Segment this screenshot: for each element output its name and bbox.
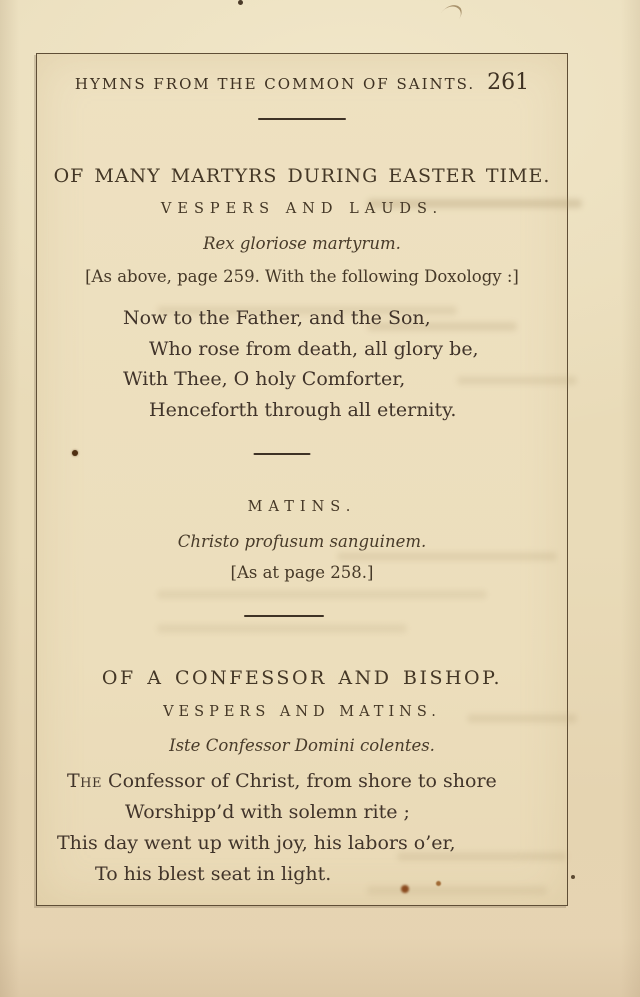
paper-speck [238,0,243,5]
section-divider [258,118,346,120]
verse-line: Henceforth through all eternity. [149,395,567,426]
verse-line: The Confessor of Christ, from shore to s… [67,766,567,797]
bleedthrough-ghost [337,552,557,561]
section2-rubric: [As at page 258.] [37,563,567,582]
running-header-title: HYMNS FROM THE COMMON OF SAINTS. [75,75,475,93]
section1-latin-incipit: Rex gloriose martyrum. [37,234,567,253]
section3-latin-incipit: Iste Confessor Domini colentes. [37,736,567,755]
verse-line: Who rose from death, all glory be, [149,334,567,365]
bleedthrough-ghost [157,624,407,633]
section3-title: OF A CONFESSOR AND BISHOP. [37,667,567,689]
section-divider [244,615,324,617]
verse-line: With Thee, O holy Comforter, [123,364,567,395]
paper-speck [571,875,575,879]
section1-title: OF MANY MARTYRS DURING EASTER TIME. [37,165,567,187]
section1-verse: Now to the Father, and the Son, Who rose… [37,303,567,425]
verse-line: This day went up with joy, his labors o’… [57,828,567,859]
section3-subtitle: VESPERS AND MATINS. [37,704,567,720]
verse-line: Worshipp’d with solemn rite ; [125,797,567,828]
section3-verse: The Confessor of Christ, from shore to s… [37,766,567,890]
book-page-scan: { "header": { "title": "HYMNS FROM THE C… [0,0,640,997]
section2-latin-incipit: Christo profusum sanguinem. [37,532,567,551]
running-header: HYMNS FROM THE COMMON OF SAINTS.261 [37,70,567,95]
section1-subtitle: VESPERS AND LAUDS. [37,201,567,217]
verse-line-rest: Confessor of Christ, from shore to shore [102,770,497,792]
page-border-frame: HYMNS FROM THE COMMON OF SAINTS.261 OF M… [36,53,568,906]
verse-lead-word: The [67,770,102,792]
page-number: 261 [487,70,529,95]
section2-title: MATINS. [37,499,567,515]
verse-line: Now to the Father, and the Son, [123,303,567,334]
verse-line: To his blest seat in light. [95,859,567,890]
bleedthrough-ghost [157,590,487,599]
pen-squiggle-mark [441,0,465,24]
section-divider [254,453,311,455]
section1-rubric: [As above, page 259. With the following … [37,267,567,286]
